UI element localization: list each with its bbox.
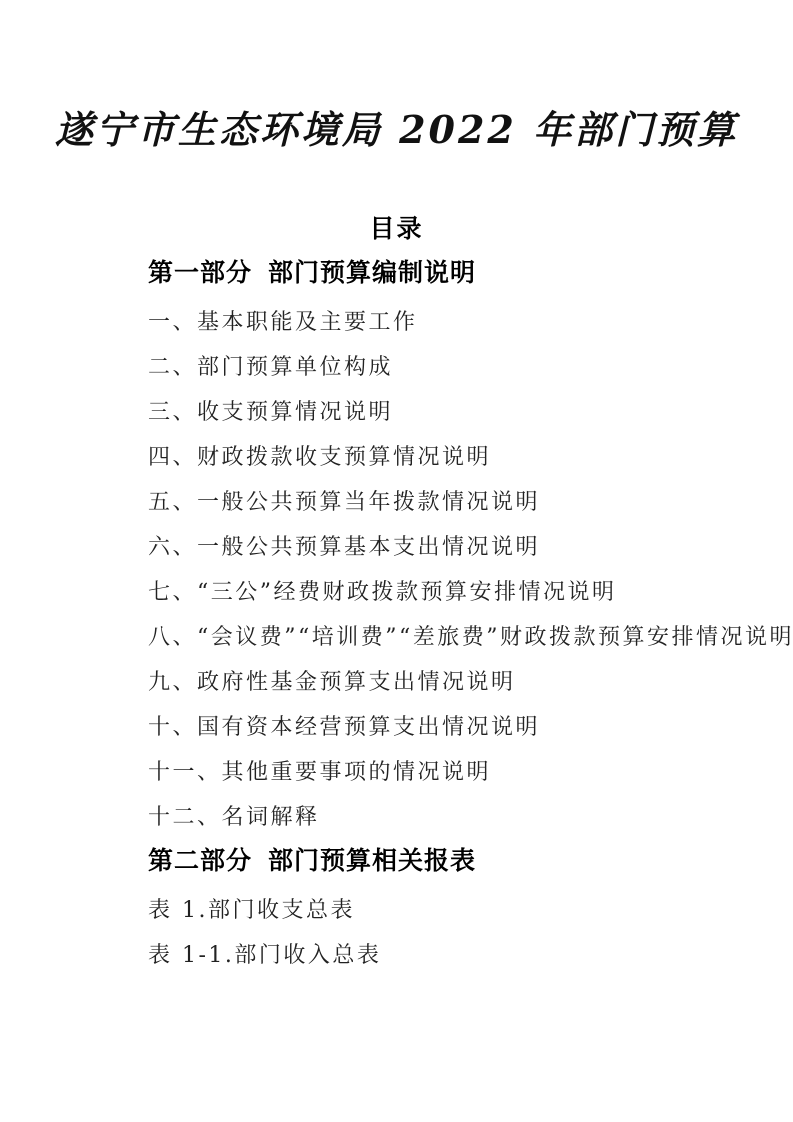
part1-heading: 第一部分 部门预算编制说明 xyxy=(148,258,793,288)
toc-item-7: 七、“三公”经费财政拨款预算安排情况说明 xyxy=(148,568,793,613)
toc-item-5: 五、一般公共预算当年拨款情况说明 xyxy=(148,478,793,523)
document-title: 遂宁市生态环境局 2022 年部门预算 xyxy=(0,104,793,156)
toc-heading: 目录 xyxy=(0,214,793,244)
toc-item-3: 三、收支预算情况说明 xyxy=(148,388,793,433)
part1-item-list: 一、基本职能及主要工作 二、部门预算单位构成 三、收支预算情况说明 四、财政拨款… xyxy=(0,298,793,838)
table-entry-1: 表 1.部门收支总表 xyxy=(148,886,793,931)
toc-item-1: 一、基本职能及主要工作 xyxy=(148,298,793,343)
table-entry-2: 表 1-1.部门收入总表 xyxy=(148,931,793,976)
toc-item-9: 九、政府性基金预算支出情况说明 xyxy=(148,658,793,703)
part2-item-list: 表 1.部门收支总表 表 1-1.部门收入总表 xyxy=(0,886,793,976)
document-page: 遂宁市生态环境局 2022 年部门预算 目录 第一部分 部门预算编制说明 一、基… xyxy=(0,0,793,1122)
toc-item-4: 四、财政拨款收支预算情况说明 xyxy=(148,433,793,478)
toc-item-11: 十一、其他重要事项的情况说明 xyxy=(148,748,793,793)
toc-item-6: 六、一般公共预算基本支出情况说明 xyxy=(148,523,793,568)
part2-heading: 第二部分 部门预算相关报表 xyxy=(148,846,793,876)
toc-item-12: 十二、名词解释 xyxy=(148,793,793,838)
toc-item-10: 十、国有资本经营预算支出情况说明 xyxy=(148,703,793,748)
toc-item-2: 二、部门预算单位构成 xyxy=(148,343,793,388)
toc-item-8: 八、“会议费”“培训费”“差旅费”财政拨款预算安排情况说明 xyxy=(148,613,793,658)
